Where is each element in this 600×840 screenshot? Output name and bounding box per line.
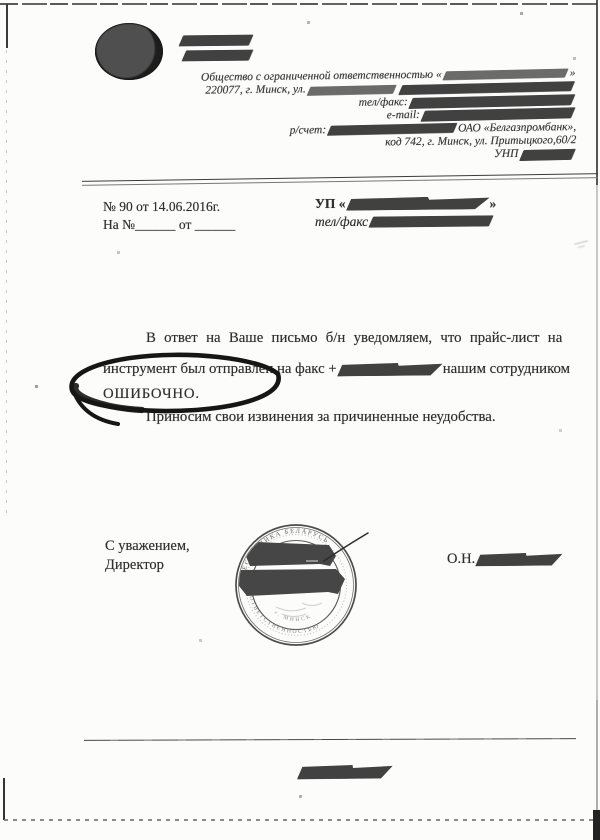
stamp-redaction-bar-upper bbox=[245, 542, 336, 566]
account-label: р/счет: bbox=[290, 124, 327, 138]
recipient-telfax-label: тел/факс bbox=[315, 213, 368, 230]
scan-edge-left bbox=[6, 50, 7, 520]
body-line-2-after: нашим сотрудником bbox=[443, 361, 570, 378]
redaction-bar-account bbox=[327, 123, 458, 136]
redaction-bar-signer-surname bbox=[475, 553, 563, 567]
company-round-stamp: РЕСПУБЛИКА БЕЛАРУСЬ ОТВЕТСТВЕННОСТЬЮ г. … bbox=[232, 521, 360, 649]
org-close-quote: » bbox=[570, 67, 576, 80]
redaction-bar-recipient-telfax bbox=[369, 215, 494, 227]
stamp-faint-center-text bbox=[276, 603, 322, 617]
scanned-letter-page: Общество с ограниченной ответственностью… bbox=[0, 0, 600, 840]
redaction-bar-company-name-1 bbox=[178, 35, 253, 47]
signer-initials: О.Н. bbox=[447, 551, 475, 568]
outgoing-reference-block: № 90 от 14.06.2016г. На №______ от _____… bbox=[103, 198, 235, 234]
body-line-1: В ответ на Ваше письмо б/н уведомляем, ч… bbox=[146, 330, 562, 347]
redaction-bar-company-name-2 bbox=[181, 50, 253, 62]
redaction-bar-street-1 bbox=[307, 84, 397, 95]
letterhead-details: Общество с ограниченной ответственностью… bbox=[95, 67, 576, 167]
scan-cut-dotted-line bbox=[4, 819, 596, 821]
scan-noise-specks bbox=[0, 0, 1, 1]
signature-closing-block: С уважением, Директор bbox=[105, 537, 190, 575]
scan-edge-right bbox=[596, 0, 598, 820]
signer-name-line: О.Н. bbox=[447, 551, 563, 568]
incoming-number-date: На №______ от ______ bbox=[103, 216, 235, 234]
letterhead-separator-rule bbox=[82, 173, 598, 186]
stamp-redaction-bar-lower bbox=[235, 569, 345, 596]
redaction-bar-footer bbox=[297, 765, 394, 780]
redaction-bar-unp bbox=[519, 148, 576, 160]
scan-edge-left-bottom bbox=[3, 778, 5, 820]
redaction-bar-fax-number bbox=[337, 362, 443, 376]
unp-label: УНП bbox=[494, 148, 519, 162]
stamp-white-gap bbox=[260, 567, 324, 568]
closing-text: С уважением, bbox=[105, 537, 190, 556]
email-label: e-mail: bbox=[387, 109, 420, 123]
telfax-label: тел/факс: bbox=[359, 96, 408, 110]
recipient-prefix: УП « bbox=[315, 195, 346, 212]
recipient-line: УП «» bbox=[315, 195, 496, 212]
redaction-bar-street-2 bbox=[398, 81, 575, 95]
bank-address-text: код 742, г. Минск, ул. Притыцкого,60/2 bbox=[385, 134, 576, 150]
position-title: Директор bbox=[105, 556, 190, 575]
recipient-telfax-line: тел/факс bbox=[315, 213, 496, 230]
scan-corner-blob bbox=[593, 810, 600, 840]
scan-edge-top bbox=[0, 3, 600, 5]
recipient-block: УП «» тел/факс bbox=[315, 195, 496, 230]
address-text: 220077, г. Минск, ул. bbox=[205, 84, 305, 99]
outgoing-number-date: № 90 от 14.06.2016г. bbox=[103, 198, 235, 216]
recipient-close-quote: » bbox=[490, 195, 497, 212]
redaction-bar-recipient-name bbox=[345, 196, 489, 210]
footer-rule bbox=[84, 738, 576, 741]
handwritten-circle-annotation bbox=[46, 350, 296, 440]
scan-edge-left-corner bbox=[6, 4, 8, 48]
redaction-bar-org-name bbox=[443, 69, 569, 81]
margin-smudge bbox=[574, 240, 590, 252]
